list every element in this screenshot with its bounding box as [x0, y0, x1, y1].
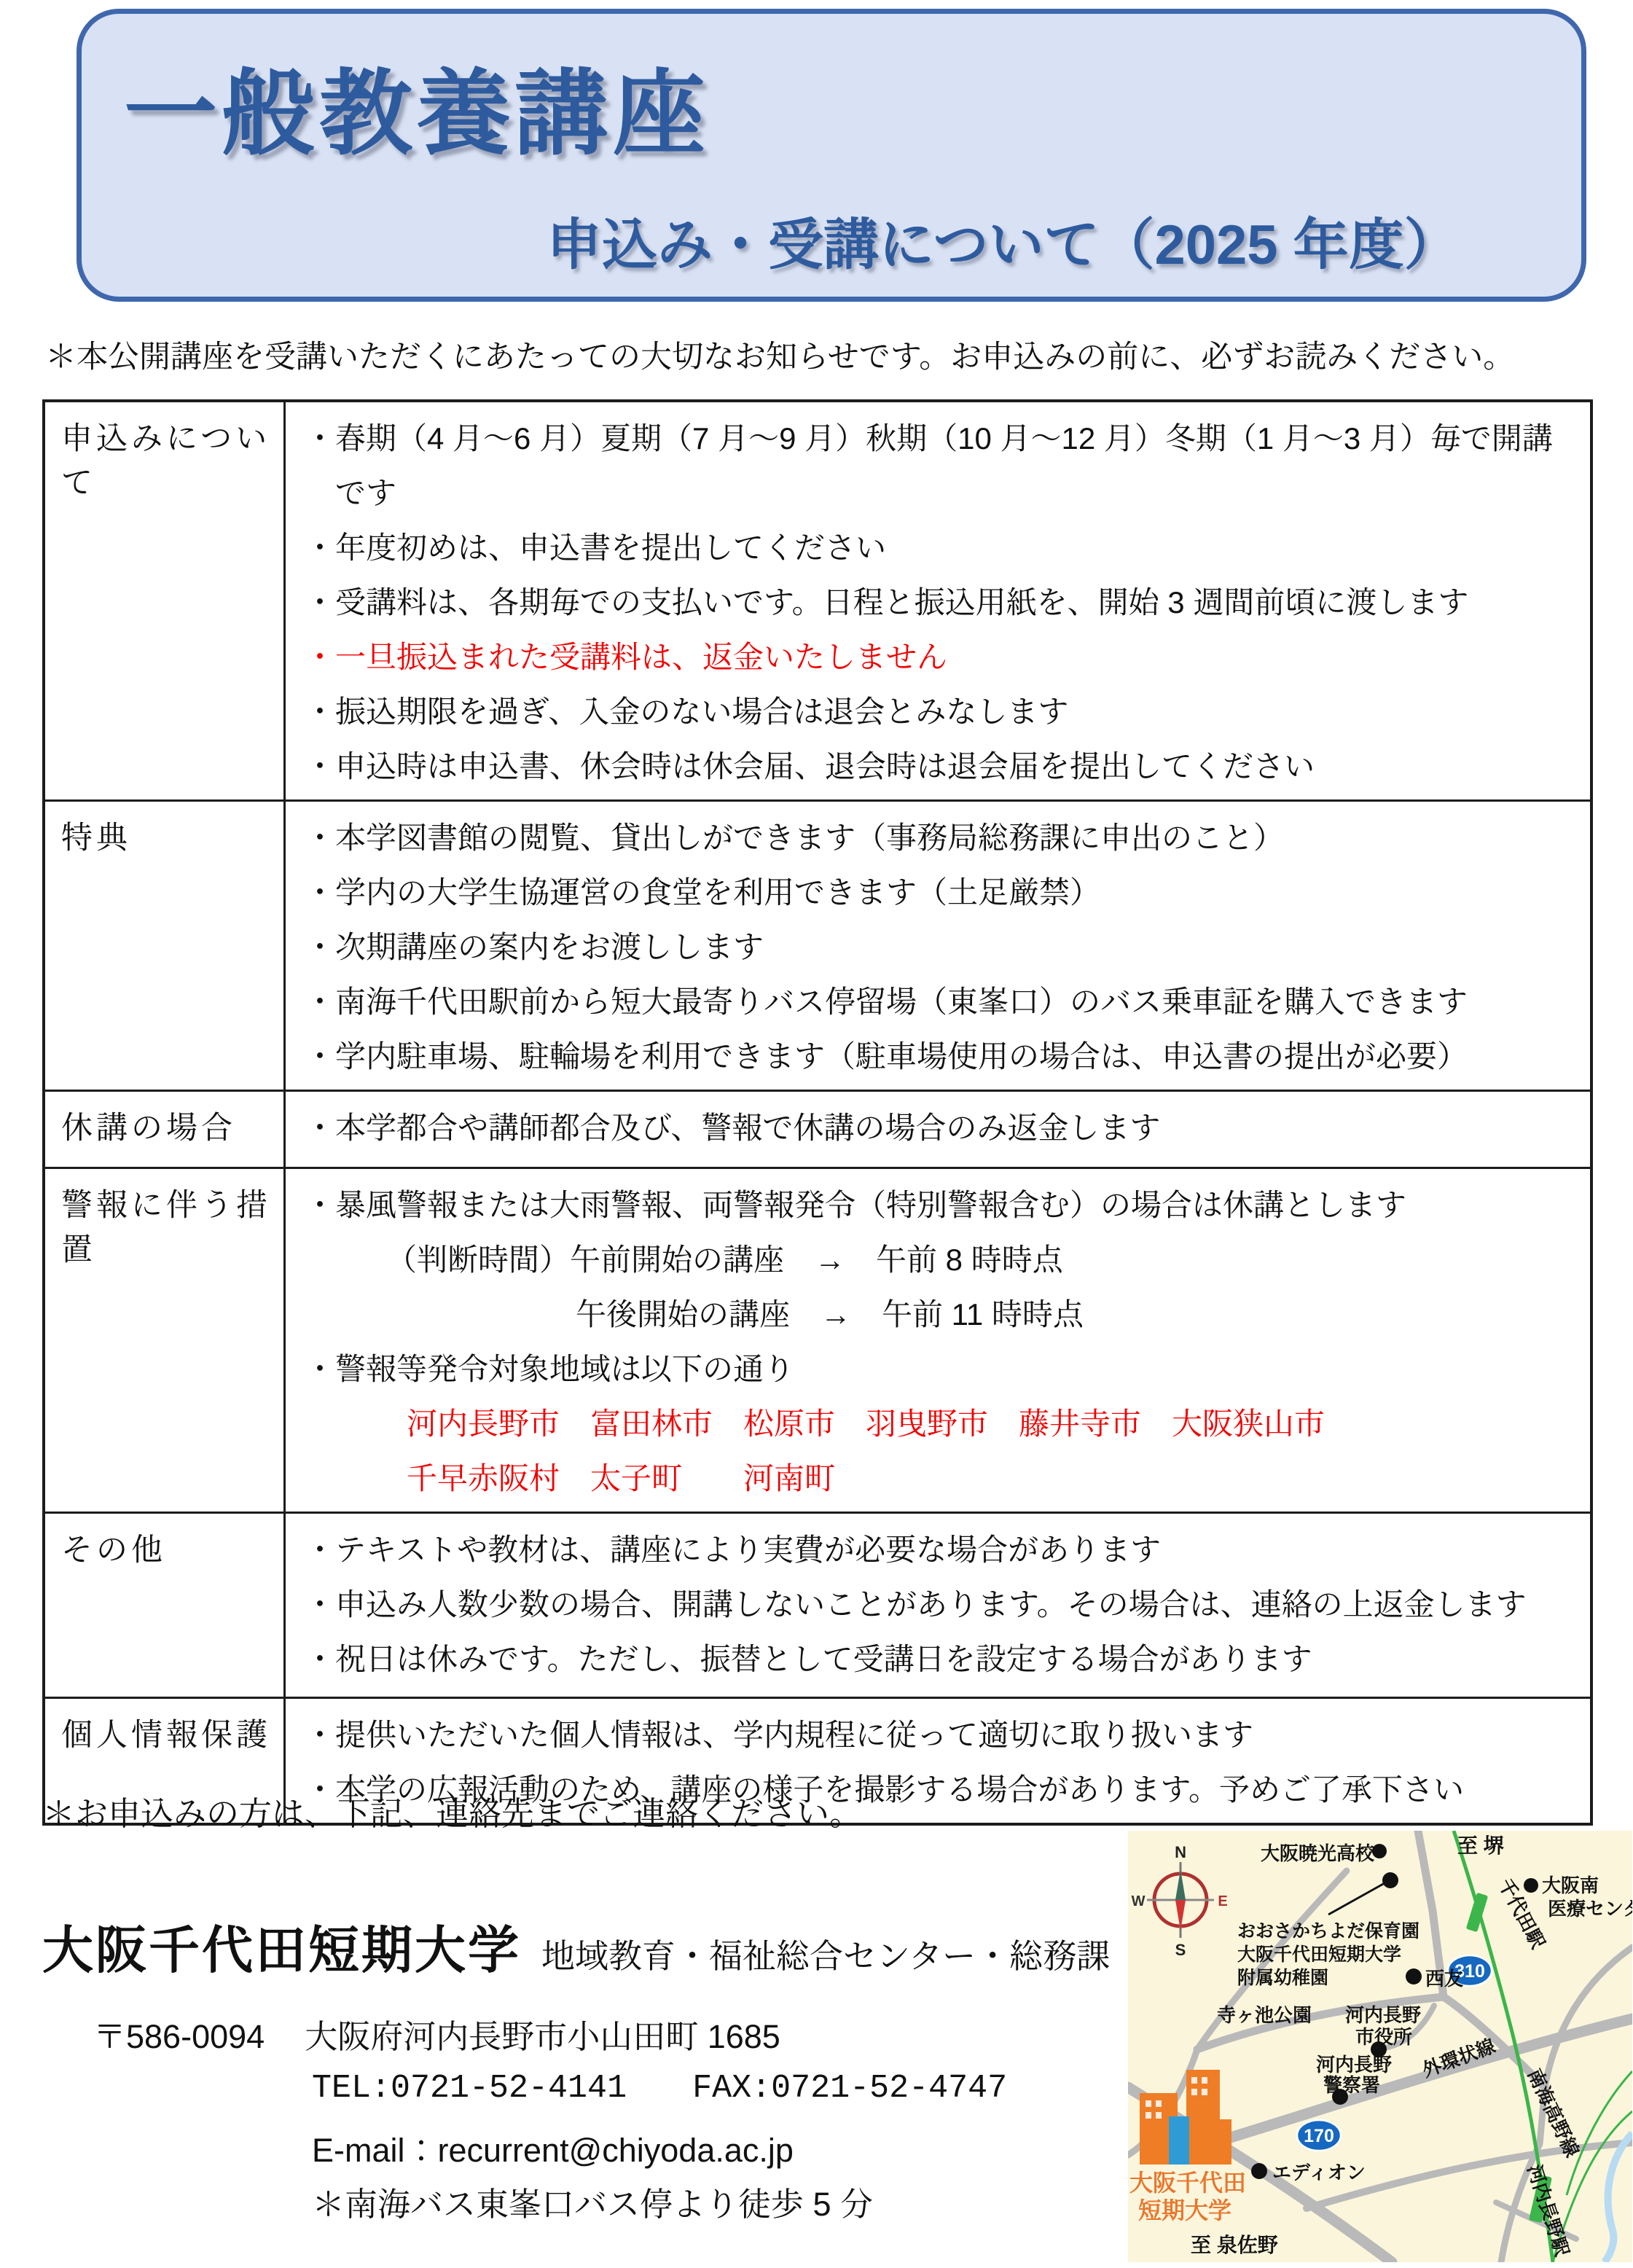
map-label-city-hall-1: 河内長野 [1345, 2004, 1422, 2026]
map-label-city-hall-2: 市役所 [1355, 2026, 1412, 2048]
table-line: ・次期講座の案内をお渡しします [305, 920, 1584, 974]
table-line: ・提供いただいた個人情報は、学内規程に従って適切に取り扱います [305, 1708, 1584, 1762]
info-table: 申込みについて ・春期（4 月～6 月）夏期（7 月～9 月）秋期（10 月～1… [42, 399, 1593, 1826]
map-label-osaka-minami-1: 大阪南 [1542, 1874, 1599, 1896]
street-address: 大阪府河内長野市小山田町 1685 [305, 2018, 780, 2055]
row-label: 休講の場合 [45, 1092, 286, 1167]
map-label-teragaike-park: 寺ヶ池公園 [1217, 2004, 1312, 2026]
row-content: ・春期（4 月～6 月）夏期（7 月～9 月）秋期（10 月～12 月）冬期（1… [286, 402, 1590, 799]
organization-name: 大阪千代田短期大学 [42, 1922, 521, 1979]
table-row-others: その他 ・テキストや教材は、講座により実費が必要な場合があります ・申込み人数少… [45, 1512, 1590, 1697]
table-line: ・申込み人数少数の場合、開講しないことがあります。その場合は、連絡の上返金します [305, 1577, 1584, 1632]
table-line: 午後開始の講座 → 午前 11 時時点 [305, 1287, 1584, 1342]
map-label-edion: エディオン [1272, 2162, 1366, 2183]
access-note: ＊南海バス東峯口バス停より徒歩 5 分 [312, 2178, 873, 2225]
table-line: ・学内駐車場、駐輪場を利用できます（駐車場使用の場合は、申込書の提出が必要） [305, 1029, 1584, 1084]
postal-code: 〒586-0094 [93, 2018, 265, 2055]
table-line-warning-cities: 河内長野市 富田林市 松原市 羽曳野市 藤井寺市 大阪狭山市 [305, 1396, 1584, 1451]
table-line: ・春期（4 月～6 月）夏期（7 月～9 月）秋期（10 月～12 月）冬期（1… [305, 411, 1584, 466]
map-label-college-1: 大阪千代田 [1129, 2170, 1246, 2196]
tel-number: TEL:0721-52-4141 [312, 2070, 627, 2107]
email-line: E-mail：recurrent@chiyoda.ac.jp [312, 2124, 794, 2171]
table-line: ・年度初めは、申込書を提出してください [305, 520, 1584, 575]
header-banner: 一般教養講座 申込み・受講について（2025 年度） [77, 9, 1586, 302]
table-line: ・受講料は、各期毎での支払いです。日程と振込用紙を、開始 3 週間前頃に渡します [305, 575, 1584, 630]
map-label-nursery: おおさかちよだ保育園 [1237, 1921, 1419, 1942]
table-line-warning-cities: 千早赤阪村 太子町 河南町 [305, 1451, 1584, 1506]
table-line: ・本学図書館の閲覧、貸出しができます（事務局総務課に申出のこと） [305, 810, 1584, 865]
map-label-college-full: 大阪千代田短期大学 [1237, 1944, 1401, 1965]
compass-south: S [1175, 1941, 1186, 1959]
table-line: です [305, 466, 1584, 520]
compass-north: N [1175, 1843, 1186, 1861]
table-line: ・学内の大学生協運営の食堂を利用できます（土足厳禁） [305, 865, 1584, 920]
map-label-police-1: 河内長野 [1316, 2054, 1393, 2076]
page: { "header": { "title": "一般教養講座", "subtit… [0, 0, 1633, 2268]
map-label-college-2: 短期大学 [1138, 2197, 1231, 2224]
table-row-cancellation: 休講の場合 ・本学都合や講師都合及び、警報で休講の場合のみ返金します [45, 1090, 1590, 1167]
page-subtitle: 申込み・受講について（2025 年度） [547, 200, 1460, 280]
organization-line: 大阪千代田短期大学地域教育・福祉総合センター・総務課 [42, 1909, 1110, 1983]
row-content: ・テキストや教材は、講座により実費が必要な場合があります ・申込み人数少数の場合… [286, 1514, 1590, 1697]
row-label: 申込みについて [45, 402, 286, 799]
map-label-to-izumisano: 至 泉佐野 [1191, 2234, 1279, 2256]
table-line: ・振込期限を過ぎ、入金のない場合は退会とみなします [305, 684, 1584, 739]
table-line: ・警報等発令対象地域は以下の通り [305, 1342, 1584, 1396]
map-label-kindergarten: 附属幼稚園 [1237, 1968, 1328, 1988]
access-map: N S W E 310 170 大阪暁光高校 [1128, 1831, 1632, 2262]
table-line: ・申込時は申込書、休会時は休会届、退会時は退会届を提出してください [305, 739, 1584, 794]
poi-dot [1524, 1878, 1538, 1893]
map-label-seiyu: 西友 [1425, 1968, 1463, 1990]
table-line: ・テキストや教材は、講座により実費が必要な場合があります [305, 1522, 1584, 1577]
contact-note: ＊お申込みの方は、下記、連絡先までご連絡ください。 [42, 1787, 862, 1834]
poi-dot [1382, 1872, 1398, 1888]
map-label-police-2: 警察署 [1323, 2074, 1380, 2096]
table-row-warning-measures: 警報に伴う措置 ・暴風警報または大雨警報、両警報発令（特別警報含む）の場合は休講… [45, 1167, 1590, 1512]
row-label: 特典 [45, 802, 286, 1090]
row-content: ・本学図書館の閲覧、貸出しができます（事務局総務課に申出のこと） ・学内の大学生… [286, 802, 1590, 1090]
row-label: 警報に伴う措置 [45, 1169, 286, 1512]
row-content: ・本学都合や講師都合及び、警報で休講の場合のみ返金します [286, 1092, 1590, 1167]
table-line: ・暴風警報または大雨警報、両警報発令（特別警報含む）の場合は休講とします [305, 1178, 1584, 1232]
map-label-to-sakai: 至 堺 [1457, 1834, 1504, 1857]
map-label-highschool: 大阪暁光高校 [1261, 1842, 1375, 1864]
compass-east: E [1218, 1893, 1227, 1909]
fax-number: FAX:0721-52-4747 [692, 2070, 1007, 2107]
row-content: ・暴風警報または大雨警報、両警報発令（特別警報含む）の場合は休講とします （判断… [286, 1169, 1590, 1512]
row-label: その他 [45, 1514, 286, 1697]
table-line: ・祝日は休みです。ただし、振替として受講日を設定する場合があります [305, 1632, 1584, 1686]
tel-fax-line: TEL:0721-52-4141FAX:0721-52-4747 [312, 2070, 1007, 2107]
route-170-shield: 170 [1297, 2120, 1341, 2151]
page-title: 一般教養講座 [124, 39, 710, 173]
table-line: （判断時間）午前開始の講座 → 午前 8 時時点 [305, 1232, 1584, 1287]
poi-dot [1251, 2163, 1267, 2179]
table-line-warning: ・一旦振込まれた受講料は、返金いたしません [305, 630, 1584, 684]
table-line: ・本学都合や講師都合及び、警報で休講の場合のみ返金します [305, 1100, 1584, 1155]
table-line: ・南海千代田駅前から短大最寄りバス停留場（東峯口）のバス乗車証を購入できます [305, 974, 1584, 1029]
map-label-osaka-minami-2: 医療センター [1548, 1898, 1632, 1920]
organization-department: 地域教育・福祉総合センター・総務課 [541, 1937, 1110, 1975]
poi-dot [1406, 1968, 1422, 1984]
table-row-application: 申込みについて ・春期（4 月～6 月）夏期（7 月～9 月）秋期（10 月～1… [45, 402, 1590, 799]
table-row-benefits: 特典 ・本学図書館の閲覧、貸出しができます（事務局総務課に申出のこと） ・学内の… [45, 799, 1590, 1090]
compass-west: W [1132, 1893, 1146, 1909]
access-map-svg: N S W E 310 170 大阪暁光高校 [1128, 1831, 1632, 2262]
route-170-number: 170 [1304, 2126, 1334, 2146]
address-line: 〒586-0094大阪府河内長野市小山田町 1685 [93, 2010, 780, 2057]
intro-note: ＊本公開講座を受講いただくにあたっての大切なお知らせです。お申込みの前に、必ずお… [45, 332, 1514, 377]
